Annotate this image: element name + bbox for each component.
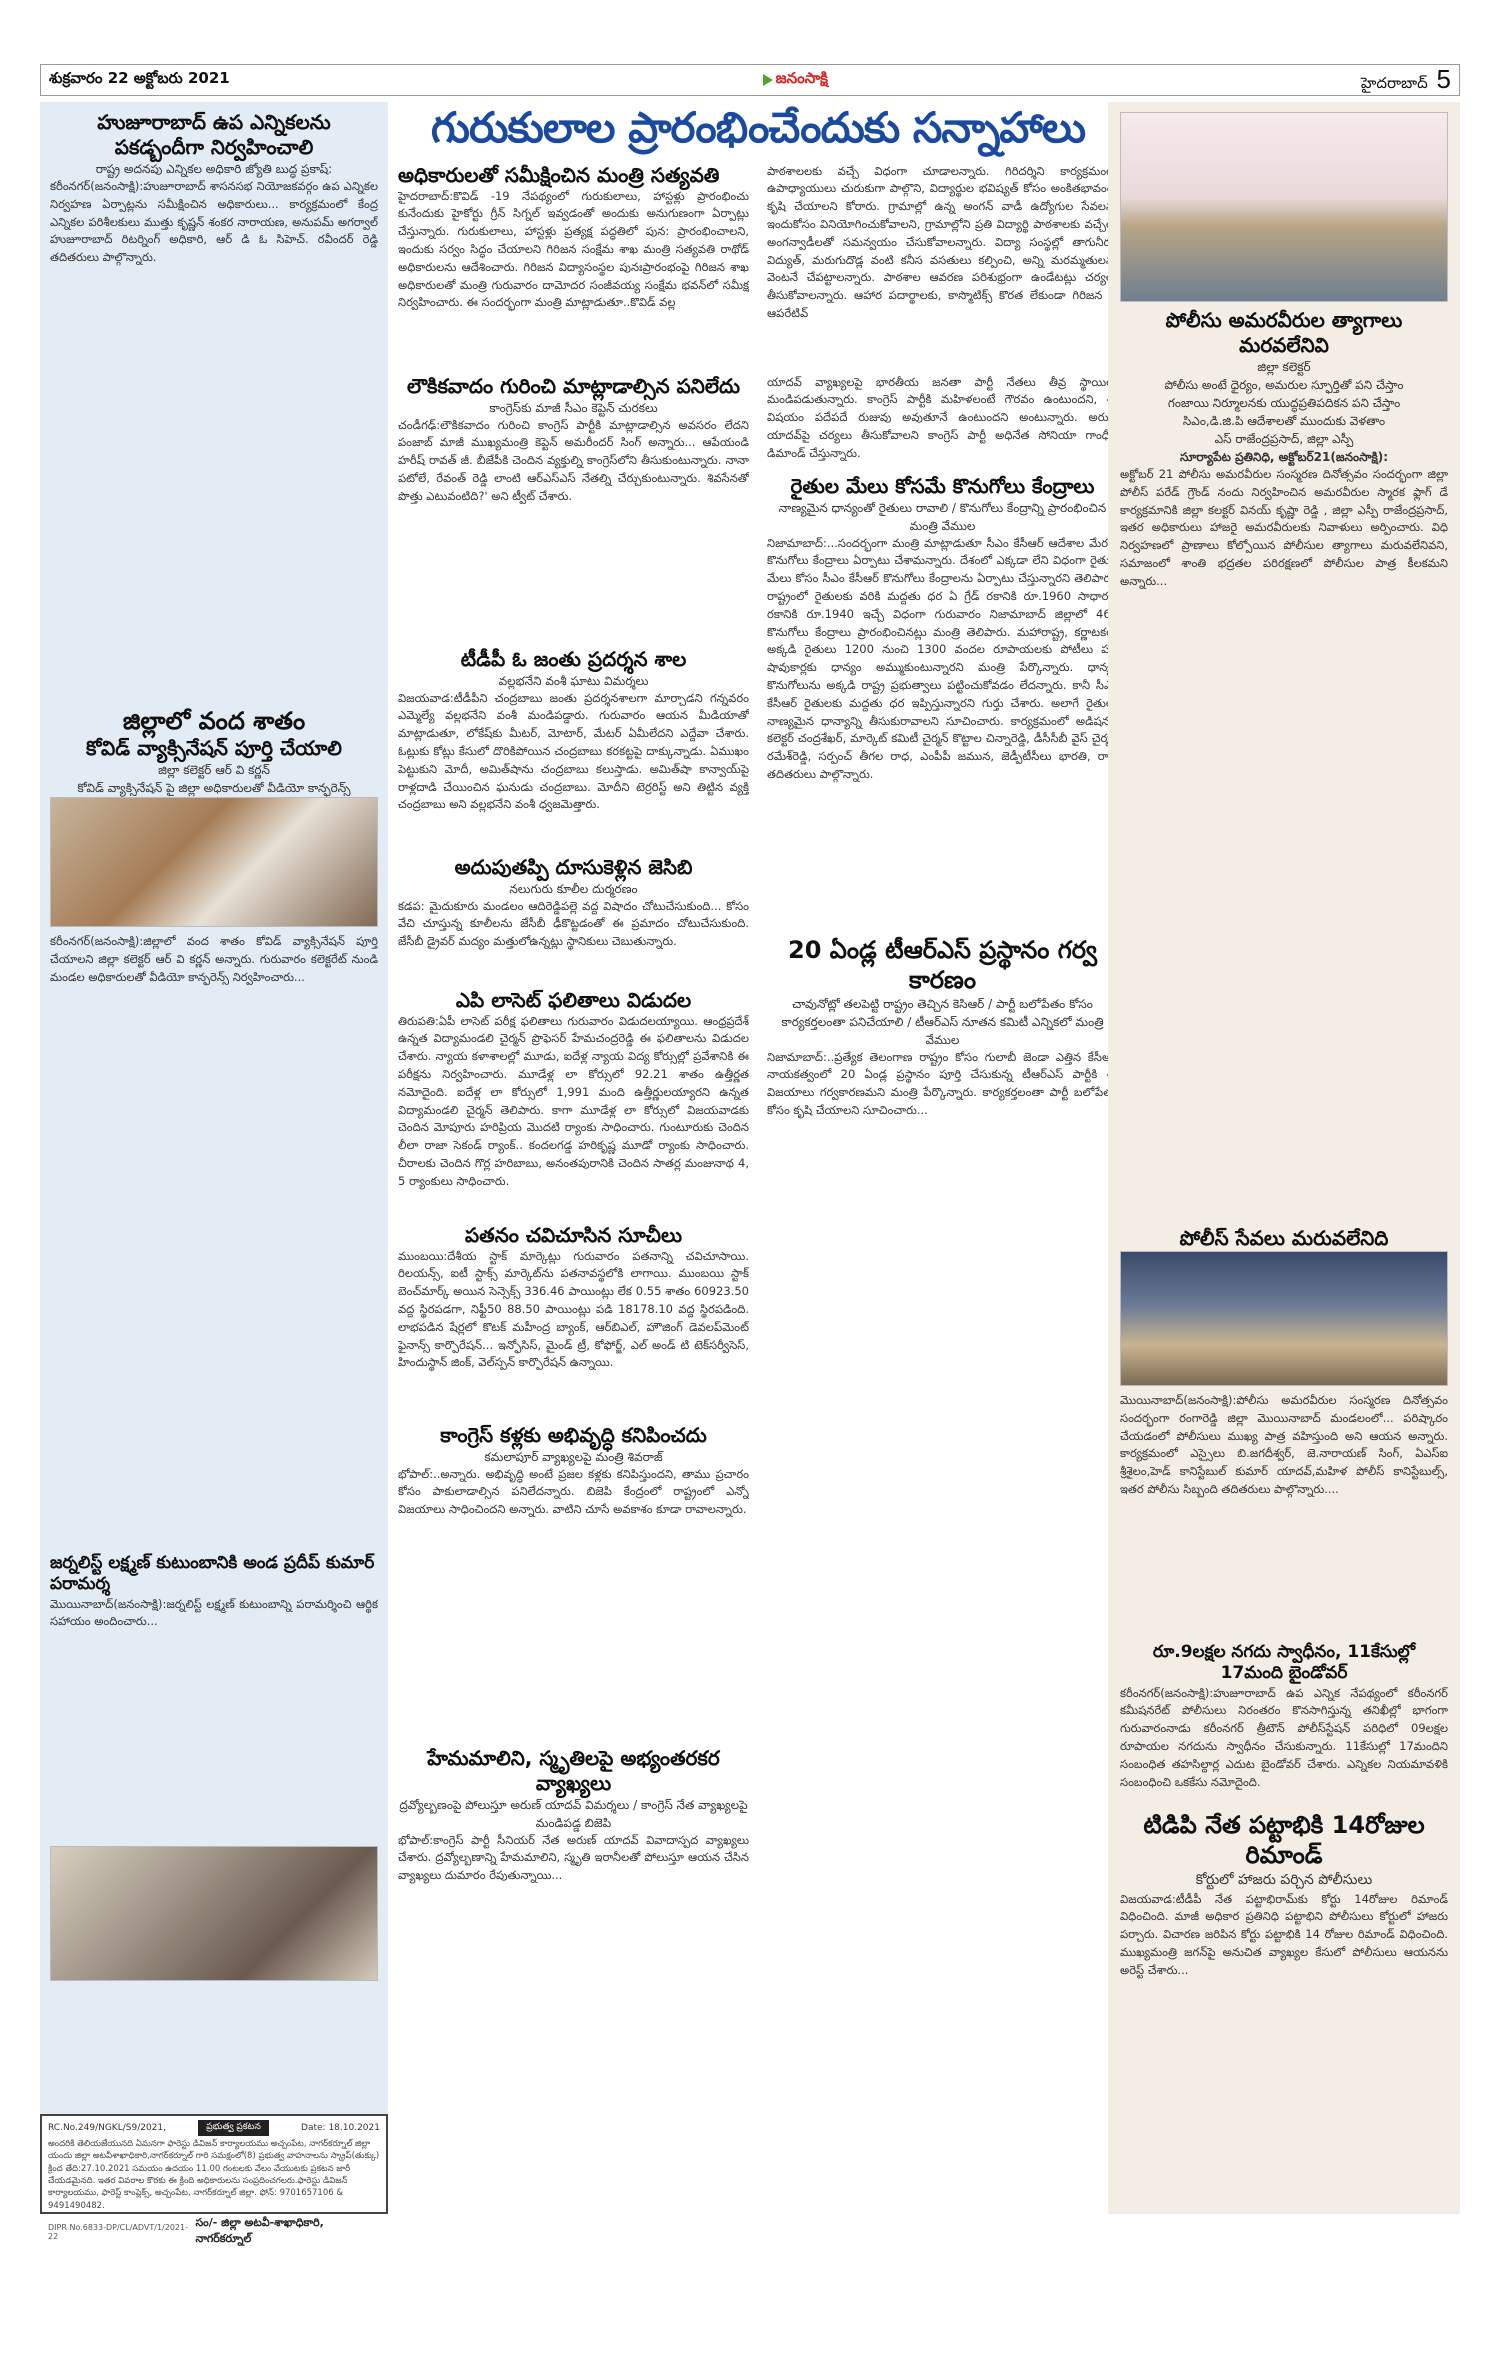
story-subhead: కోర్టులో హాజరు పర్చిన పోలీసులు [1120,1870,1448,1891]
story-subhead: నలుగురు కూలీల దుర్మరణం [398,880,749,898]
story-body: కడప: మైదుకూరు మండలం ఆదిరెడ్డిపల్లె వద్ద … [398,898,749,988]
story-body: కరీంనగర్(జనంసాక్షి):హుజూరాబాద్ ఉప ఎన్నిక… [1120,1685,1448,1810]
story-headline: పోలీసు అమరవీరుల త్యాగాలు మరవలేనివి [1120,308,1448,358]
leaf-icon [763,74,773,86]
story-body: తిరుపతి:ఏపీ లాసెట్ పరీక్ష ఫలితాలు గురువా… [398,1013,749,1223]
story-subhead: సిఎం,డి.జి.పి ఆదేశాలతో ముందుకు వెళతాం [1120,412,1448,430]
story-subhead: కమలాపూర్ వ్యాఖ్యలపై మంత్రి శివరాజ్ [398,1448,749,1466]
story-headline: 20 ఏండ్ల టీఆర్‌ఎస్ ప్రస్థానం గర్వ కారణం [767,935,1118,995]
mid-left-stories: లౌకికవాదం గురించి మాట్లాడాల్సిన పనిలేదు … [398,374,749,2099]
story-body: భోపాల్:కాంగ్రెస్ పార్టీ సీనియర్ నేత అరుణ… [398,1832,749,2052]
story-subhead: వల్లభనేని వంశీ ఘాటు విమర్శలు [398,672,749,690]
story-headline: టిడిపి నేత పట్టాభికి 14రోజుల రిమాండ్ [1120,1810,1448,1870]
story-headline: కోవిడ్ వ్యాక్సినేషన్ పూర్తి చేయాలి [50,736,378,761]
video-conference-photo [50,797,378,927]
lead-headline: గురుకులాల ప్రారంభించేందుకు సన్నాహాలు [398,102,1118,155]
story-headline: జర్నలిస్ట్ లక్ష్మణ్ కుటుంబానికి అండ ప్రద… [50,1553,378,1596]
story-headline: జిల్లాలో వంద శాతం [50,706,378,736]
story-headline: హేమమాలిని, స్మృతిలపై అభ్యంతరకర వ్యాఖ్యలు [398,1746,749,1796]
story-body: యాదవ్ వ్యాఖ్యలపై భారతీయ జనతా పార్టీ నేతల… [767,374,1118,474]
left-column: హుజూరాబాద్ ఉప ఎన్నికలను పకడ్బందీగా నిర్వ… [40,102,388,2214]
story-body: మొయినాబాద్(జనంసాక్షి):జర్నలిస్ట్ లక్ష్మణ… [50,1596,378,1846]
ad-badge: ప్రభుత్వ ప్రకటన [198,2120,269,2136]
story-body: మొయినాబాద్(జనంసాక్షి):పోలీసు అమరవీరుల సం… [1120,1392,1448,1642]
story-body: విజయవాడ:టీడీపీ నేత పట్టాభిరామ్‌కు కోర్టు… [1120,1891,1448,2231]
story-body: నిజామాబాద్:...సందర్భంగా మంత్రి మాట్లాడుత… [767,535,1118,935]
police-officers-photo [1120,112,1448,302]
story-headline: లౌకికవాదం గురించి మాట్లాడాల్సిన పనిలేదు [398,374,749,399]
story-subhead: గంజాయి నిర్మూలనకు యుద్ధప్రతిపదికన పని చే… [1120,394,1448,412]
story-subhead: ఎస్ రాజేంద్రప్రసాద్, జిల్లా ఎస్పీ [1120,430,1448,448]
story-body: ముంబయి:దేశీయ స్టాక్ మార్కెట్లు గురువారం … [398,1248,749,1423]
story-subhead: రాష్ట్ర అదనపు ఎన్నికల అధికారి జ్యోతి బుద… [50,160,378,178]
story-subhead: కోవిడ్ వ్యాక్సినేషన్ పై జిల్లా అధికారులత… [50,779,378,797]
ad-body: అందరికి తెలియజేయునది ఏమనగా ఫారెస్టు డివి… [48,2138,380,2212]
story-headline: పతనం చవిచూసిన సూచీలు [398,1223,749,1248]
story-headline: పోలీస్ సేవలు మరువలేనిది [1120,1226,1448,1251]
page-number: 5 [1437,64,1451,94]
story-subhead: జిల్లా కలెక్టర్ ఆర్ వి కర్ణన్ [50,761,378,779]
police-rally-photo [1120,1251,1448,1386]
lead-subhead: అధికారులతో సమీక్షించిన మంత్రి సత్యవతి [398,163,749,188]
story-body: అక్టోబర్ 21 పోలీసు అమరవీరుల సంస్మరణ దినో… [1120,466,1448,1226]
story-body: కరీంనగర్(జనంసాక్షి):జిల్లాలో వంద శాతం కో… [50,933,378,1553]
ad-reference: RC.No.249/NGKL/S9/2021, [48,2123,166,2133]
story-headline: రైతుల మేలు కోసమే కొనుగోలు కేంద్రాలు [767,474,1118,499]
story-dateline: సూర్యాపేట ప్రతినిధి, అక్టోబర్21(జనంసాక్ష… [1120,448,1448,466]
logo-text: జనంసాక్షి [776,69,828,91]
edition-city: హైదరాబాద్ 5 [1361,64,1451,96]
story-subhead: జిల్లా కలెక్టర్ [1120,358,1448,376]
story-body: కరీంనగర్(జనంసాక్షి):హుజూరాబాద్ శాసనసభ ని… [50,178,378,698]
story-headline: హుజూరాబాద్ ఉప ఎన్నికలను [50,110,378,135]
lead-body: పాఠశాలలకు వచ్చే విధంగా చూడాలన్నారు. గిరి… [767,163,1118,368]
ad-date: Date: 18.10.2021 [301,2123,380,2133]
middle-column: గురుకులాల ప్రారంభించేందుకు సన్నాహాలు అధి… [398,102,1118,2242]
right-column: పోలీసు అమరవీరుల త్యాగాలు మరవలేనివి జిల్ల… [1108,102,1460,2214]
ad-dipr-number: DIPR No.6833-DP/CL/ADVT/1/2021-22 [48,2223,195,2241]
story-subhead: ద్రవ్యోల్బణంపై పోలుస్తూ అరుణ్ యాదవ్ విమర… [398,1796,749,1832]
government-advertisement: RC.No.249/NGKL/S9/2021, ప్రభుత్వ ప్రకటన … [40,2114,388,2214]
story-body: చండీగఢ్:లౌకికవాదం గురించి కాంగ్రెస్ పార్… [398,417,749,647]
story-headline: ఎపి లాసెట్ ఫలితాలు విడుదల [398,988,749,1013]
city-name: హైదరాబాద్ [1361,74,1428,92]
story-headline: కాంగ్రెస్ కళ్లకు అభివృద్ధి కనిపించదు [398,1423,749,1448]
story-headline: రూ.9లక్షల నగదు స్వాధీనం, 11కేసుల్లో 17మం… [1120,1642,1448,1685]
story-subhead: కాంగ్రెస్‌కు మాజీ సీఎం కెప్టెన్ చురకలు [398,399,749,417]
story-subhead: చావునోట్లో తలపెట్టి రాష్ట్రం తెచ్చిన కెస… [767,995,1118,1049]
story-body: విజయవాడ:టీడీపీని చంద్రబాబు జంతు ప్రదర్శన… [398,690,749,855]
masthead: శుక్రవారం 22 అక్టోబరు 2021 జనంసాక్షి హైద… [40,64,1460,96]
lead-body: హైదరాబాద్:కొవిడ్ -19 నేపథ్యంలో గురుకులాల… [398,188,749,358]
ad-signature: సం/- జిల్లా అటవీ-శాఖాధికారి, నాగర్‌కర్నూ… [195,2216,380,2248]
newspaper-logo: జనంసాక్షి [763,69,828,91]
story-body: భోపాల్:..అన్నారు. అభివృద్ధి అంటే ప్రజల క… [398,1466,749,1746]
story-body: నిజామాబాద్:..ప్రత్యేక తెలంగాణ రాష్ట్రం క… [767,1049,1118,2099]
story-subhead: నాణ్యమైన ధాన్యంతో రైతులు రావాలి / కొనుగో… [767,499,1118,535]
story-headline: పకడ్బందీగా నిర్వహించాలి [50,135,378,160]
family-visit-photo [50,1846,378,1981]
story-headline: టీడీపీ ఓ జంతు ప్రదర్శన శాల [398,647,749,672]
issue-date: శుక్రవారం 22 అక్టోబరు 2021 [49,69,230,91]
story-subhead: పోలీసు అంటే ధైర్యం, అమరుల స్ఫూర్తితో పని… [1120,376,1448,394]
story-headline: అదుపుతప్పి దూసుకెళ్లిన జెసిబి [398,855,749,880]
mid-right-stories: యాదవ్ వ్యాఖ్యలపై భారతీయ జనతా పార్టీ నేతల… [767,374,1118,2099]
